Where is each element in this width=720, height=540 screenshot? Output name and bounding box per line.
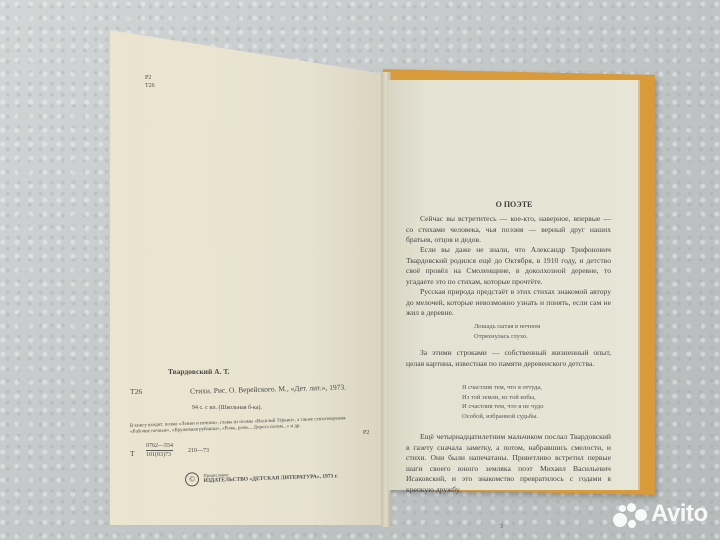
paragraph-5: Ещё четырнадцатилетним мальчиком послал … <box>406 432 611 495</box>
author: Твардовский А. Т. <box>168 368 229 377</box>
annotation: В книгу входят: поэма «Ленин и печник», … <box>130 416 350 435</box>
verse-2-line-2: Из той земли, из той избы, <box>462 393 543 403</box>
verse-1: Лошадь сытая в ночном Отряхнулась глухо. <box>474 322 540 341</box>
class-mark-right: Р2 <box>363 430 369 437</box>
code-suffix: 210—73 <box>188 448 209 455</box>
class-mark-top: Р2 <box>145 75 151 82</box>
avito-dots-icon <box>613 501 647 527</box>
avito-text: Avito <box>651 500 708 528</box>
paragraph-2: Если вы даже не знали, что Александр Три… <box>406 245 611 287</box>
verse-2-line-3: И счастлив тем, что я не чудо <box>462 402 543 412</box>
paragraph-4: За этими строками — собственный жизненны… <box>406 348 611 369</box>
pages-line: 94 с. с ил. (Школьная б-ка). <box>192 405 262 412</box>
code-letter: Т <box>130 450 135 459</box>
copyright-block: © Предисловие ИЗДАТЕЛЬСТВО «ДЕТСКАЯ ЛИТЕ… <box>185 467 338 486</box>
code-denominator: 101(03)73 <box>146 452 171 459</box>
verse-2-line-4: Особой, избранной судьбы. <box>462 412 543 422</box>
copyright-icon: © <box>185 472 199 486</box>
verse-2: Я счастлив тем, что я оттуда, Из той зем… <box>462 383 543 421</box>
code-numerator: 0762—554 <box>146 443 173 451</box>
bibliographic-line: Стихи. Рис. О. Верейского. М., «Дет. лит… <box>190 382 390 396</box>
paragraph-3: Русская природа предстаёт в этих стихах … <box>406 287 611 319</box>
call-number: Т26 <box>130 388 142 397</box>
left-page: Р2 Т26 Твардовский А. Т. Т26 Стихи. Рис.… <box>110 30 388 525</box>
right-page: О ПОЭТЕ Сейчас вы встретитесь — кое-кто,… <box>388 80 640 490</box>
verse-1-line-2: Отряхнулась глухо. <box>474 332 540 342</box>
page-number: 3 <box>500 524 503 531</box>
verse-1-line-1: Лошадь сытая в ночном <box>474 322 540 332</box>
section-heading: О ПОЭТЕ <box>388 200 640 209</box>
paragraph-1: Сейчас вы встретитесь — кое-кто, наверно… <box>406 214 611 246</box>
verse-2-line-1: Я счастлив тем, что я оттуда, <box>462 383 543 393</box>
class-mark-top-2: Т26 <box>145 83 155 90</box>
avito-watermark: Avito <box>613 500 708 528</box>
